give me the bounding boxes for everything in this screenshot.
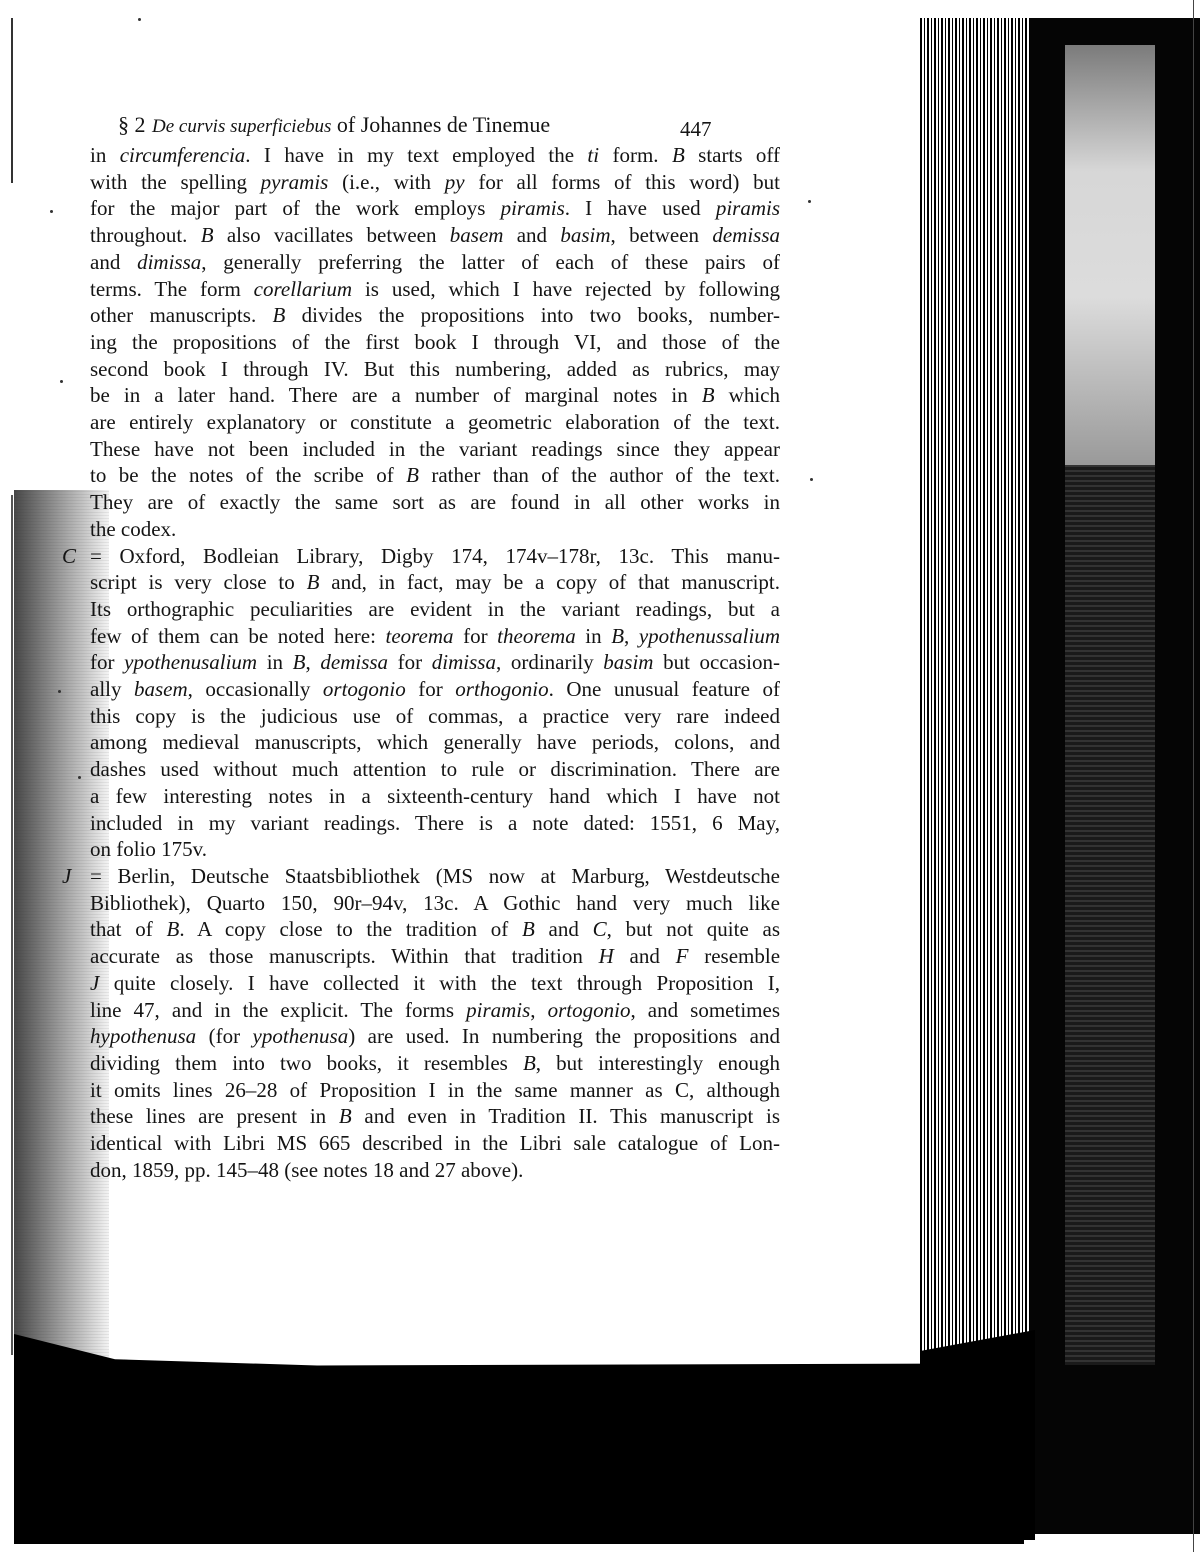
text-line: ally basem, occasionally ortogonio for o… xyxy=(90,676,780,703)
scan-left-edge-rule xyxy=(11,495,13,1355)
running-title-italic: De curvis superficiebus xyxy=(152,116,331,137)
body-text: in circumferencia. I have in my text emp… xyxy=(90,142,780,1183)
text-line: with the spelling pyramis (i.e., with py… xyxy=(90,169,780,196)
paragraph-manuscript-b: in circumferencia. I have in my text emp… xyxy=(90,142,780,543)
text-line: for ypothenusalium in B, demissa for dim… xyxy=(90,649,780,676)
text-line: be in a later hand. There are a number o… xyxy=(90,382,780,409)
text-line: for the major part of the work employs p… xyxy=(90,195,780,222)
manuscript-entry-c: C = Oxford, Bodleian Library, Digby 174,… xyxy=(90,543,780,863)
page-bottom-shadow xyxy=(14,1334,1024,1544)
manuscript-entry-j: J = Berlin, Deutsche Staatsbibliothek (M… xyxy=(90,863,780,1183)
text-line: J quite closely. I have collected it wit… xyxy=(90,970,780,997)
text-line: are entirely explanatory or constitute a… xyxy=(90,409,780,436)
text-line: hypothenusa (for ypothenusa) are used. I… xyxy=(90,1023,780,1050)
running-title-rest: of Johannes de Tinemue xyxy=(331,112,550,137)
text-line: dashes used without much attention to ru… xyxy=(90,756,780,783)
running-title: De curvis superficiebus of Johannes de T… xyxy=(152,108,550,144)
book-cover-highlight xyxy=(1065,45,1155,465)
text-line: line 47, and in the explicit. The forms … xyxy=(90,997,780,1024)
text-line: = Oxford, Bodleian Library, Digby 174, 1… xyxy=(90,543,780,570)
scan-right-edge-rule xyxy=(1193,0,1194,1552)
scan-left-edge-rule xyxy=(11,18,13,183)
text-line: few of them can be noted here: teorema f… xyxy=(90,623,780,650)
siglum-c: C xyxy=(62,543,76,570)
entry-j-text: = Berlin, Deutsche Staatsbibliothek (MS … xyxy=(90,863,780,1183)
text-line: Its orthographic peculiarities are evide… xyxy=(90,596,780,623)
text-line: included in my variant readings. There i… xyxy=(90,810,780,837)
text-line: the codex. xyxy=(90,516,780,543)
text-line: it omits lines 26–28 of Proposition I in… xyxy=(90,1077,780,1104)
text-line: terms. The form corellarium is used, whi… xyxy=(90,276,780,303)
text-line: They are of exactly the same sort as are… xyxy=(90,489,780,516)
book-page: § 2 De curvis superficiebus of Johannes … xyxy=(90,108,780,1183)
page-number: 447 xyxy=(680,112,712,146)
text-line: this copy is the judicious use of commas… xyxy=(90,703,780,730)
text-line: accurate as those manuscripts. Within th… xyxy=(90,943,780,970)
siglum-j: J xyxy=(62,863,71,890)
text-line: on folio 175v. xyxy=(90,836,780,863)
section-number: § 2 xyxy=(118,108,146,142)
text-line: these lines are present in B and even in… xyxy=(90,1103,780,1130)
book-cover-texture xyxy=(1065,465,1155,1365)
text-line: throughout. B also vacillates between ba… xyxy=(90,222,780,249)
text-line: second book I through IV. But this numbe… xyxy=(90,356,780,383)
text-line: script is very close to B and, in fact, … xyxy=(90,569,780,596)
text-line: ing the propositions of the first book I… xyxy=(90,329,780,356)
text-line: These have not been included in the vari… xyxy=(90,436,780,463)
text-line: in circumferencia. I have in my text emp… xyxy=(90,142,780,169)
text-line: = Berlin, Deutsche Staatsbibliothek (MS … xyxy=(90,863,780,890)
text-line: dividing them into two books, it resembl… xyxy=(90,1050,780,1077)
text-line: a few interesting notes in a sixteenth-c… xyxy=(90,783,780,810)
text-line: and dimissa, generally preferring the la… xyxy=(90,249,780,276)
text-line: other manuscripts. B divides the proposi… xyxy=(90,302,780,329)
running-head: § 2 De curvis superficiebus of Johannes … xyxy=(90,108,780,142)
entry-c-text: = Oxford, Bodleian Library, Digby 174, 1… xyxy=(90,543,780,863)
text-line: Bibliothek), Quarto 150, 90r–94v, 13c. A… xyxy=(90,890,780,917)
text-line: identical with Libri MS 665 described in… xyxy=(90,1130,780,1157)
text-line: that of B. A copy close to the tradition… xyxy=(90,916,780,943)
text-line: don, 1859, pp. 145–48 (see notes 18 and … xyxy=(90,1157,780,1184)
text-line: to be the notes of the scribe of B rathe… xyxy=(90,462,780,489)
text-line: among medieval manuscripts, which genera… xyxy=(90,729,780,756)
